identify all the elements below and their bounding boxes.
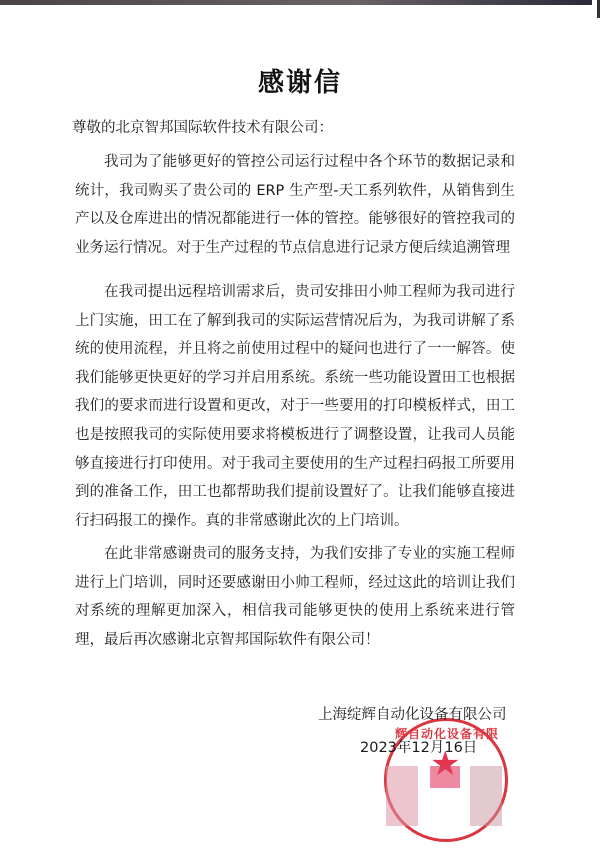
- paragraph-text: 我司为了能够更好的管控公司运行过程中各个环节的数据记录和统计，我司购买了贵公司的…: [75, 148, 515, 262]
- signature-company: 上海绽辉自动化设备有限公司: [318, 703, 507, 724]
- redaction-mosaic: [386, 766, 418, 826]
- redaction-mosaic: [470, 766, 502, 826]
- letter-title: 感谢信: [0, 62, 600, 99]
- body-paragraph-1: 我司为了能够更好的管控公司运行过程中各个环节的数据记录和统计，我司购买了贵公司的…: [75, 148, 515, 262]
- body-paragraph-3: 在此非常感谢贵司的服务支持，为我们安排了专业的实施工程师进行上门培训，同时还要感…: [75, 540, 515, 654]
- paragraph-text: 在我司提出远程培训需求后，贵司安排田小帅工程师为我司进行上门实施，田工在了解到我…: [75, 278, 515, 535]
- redaction-mosaic: [430, 766, 460, 788]
- body-paragraph-2: 在我司提出远程培训需求后，贵司安排田小帅工程师为我司进行上门实施，田工在了解到我…: [75, 278, 515, 535]
- scan-top-border: [0, 0, 592, 5]
- signature-date: 2023年12月16日: [360, 736, 477, 757]
- paragraph-text: 在此非常感谢贵司的服务支持，为我们安排了专业的实施工程师进行上门培训，同时还要感…: [75, 540, 515, 654]
- salutation: 尊敬的北京智邦国际软件技术有限公司：: [72, 116, 333, 137]
